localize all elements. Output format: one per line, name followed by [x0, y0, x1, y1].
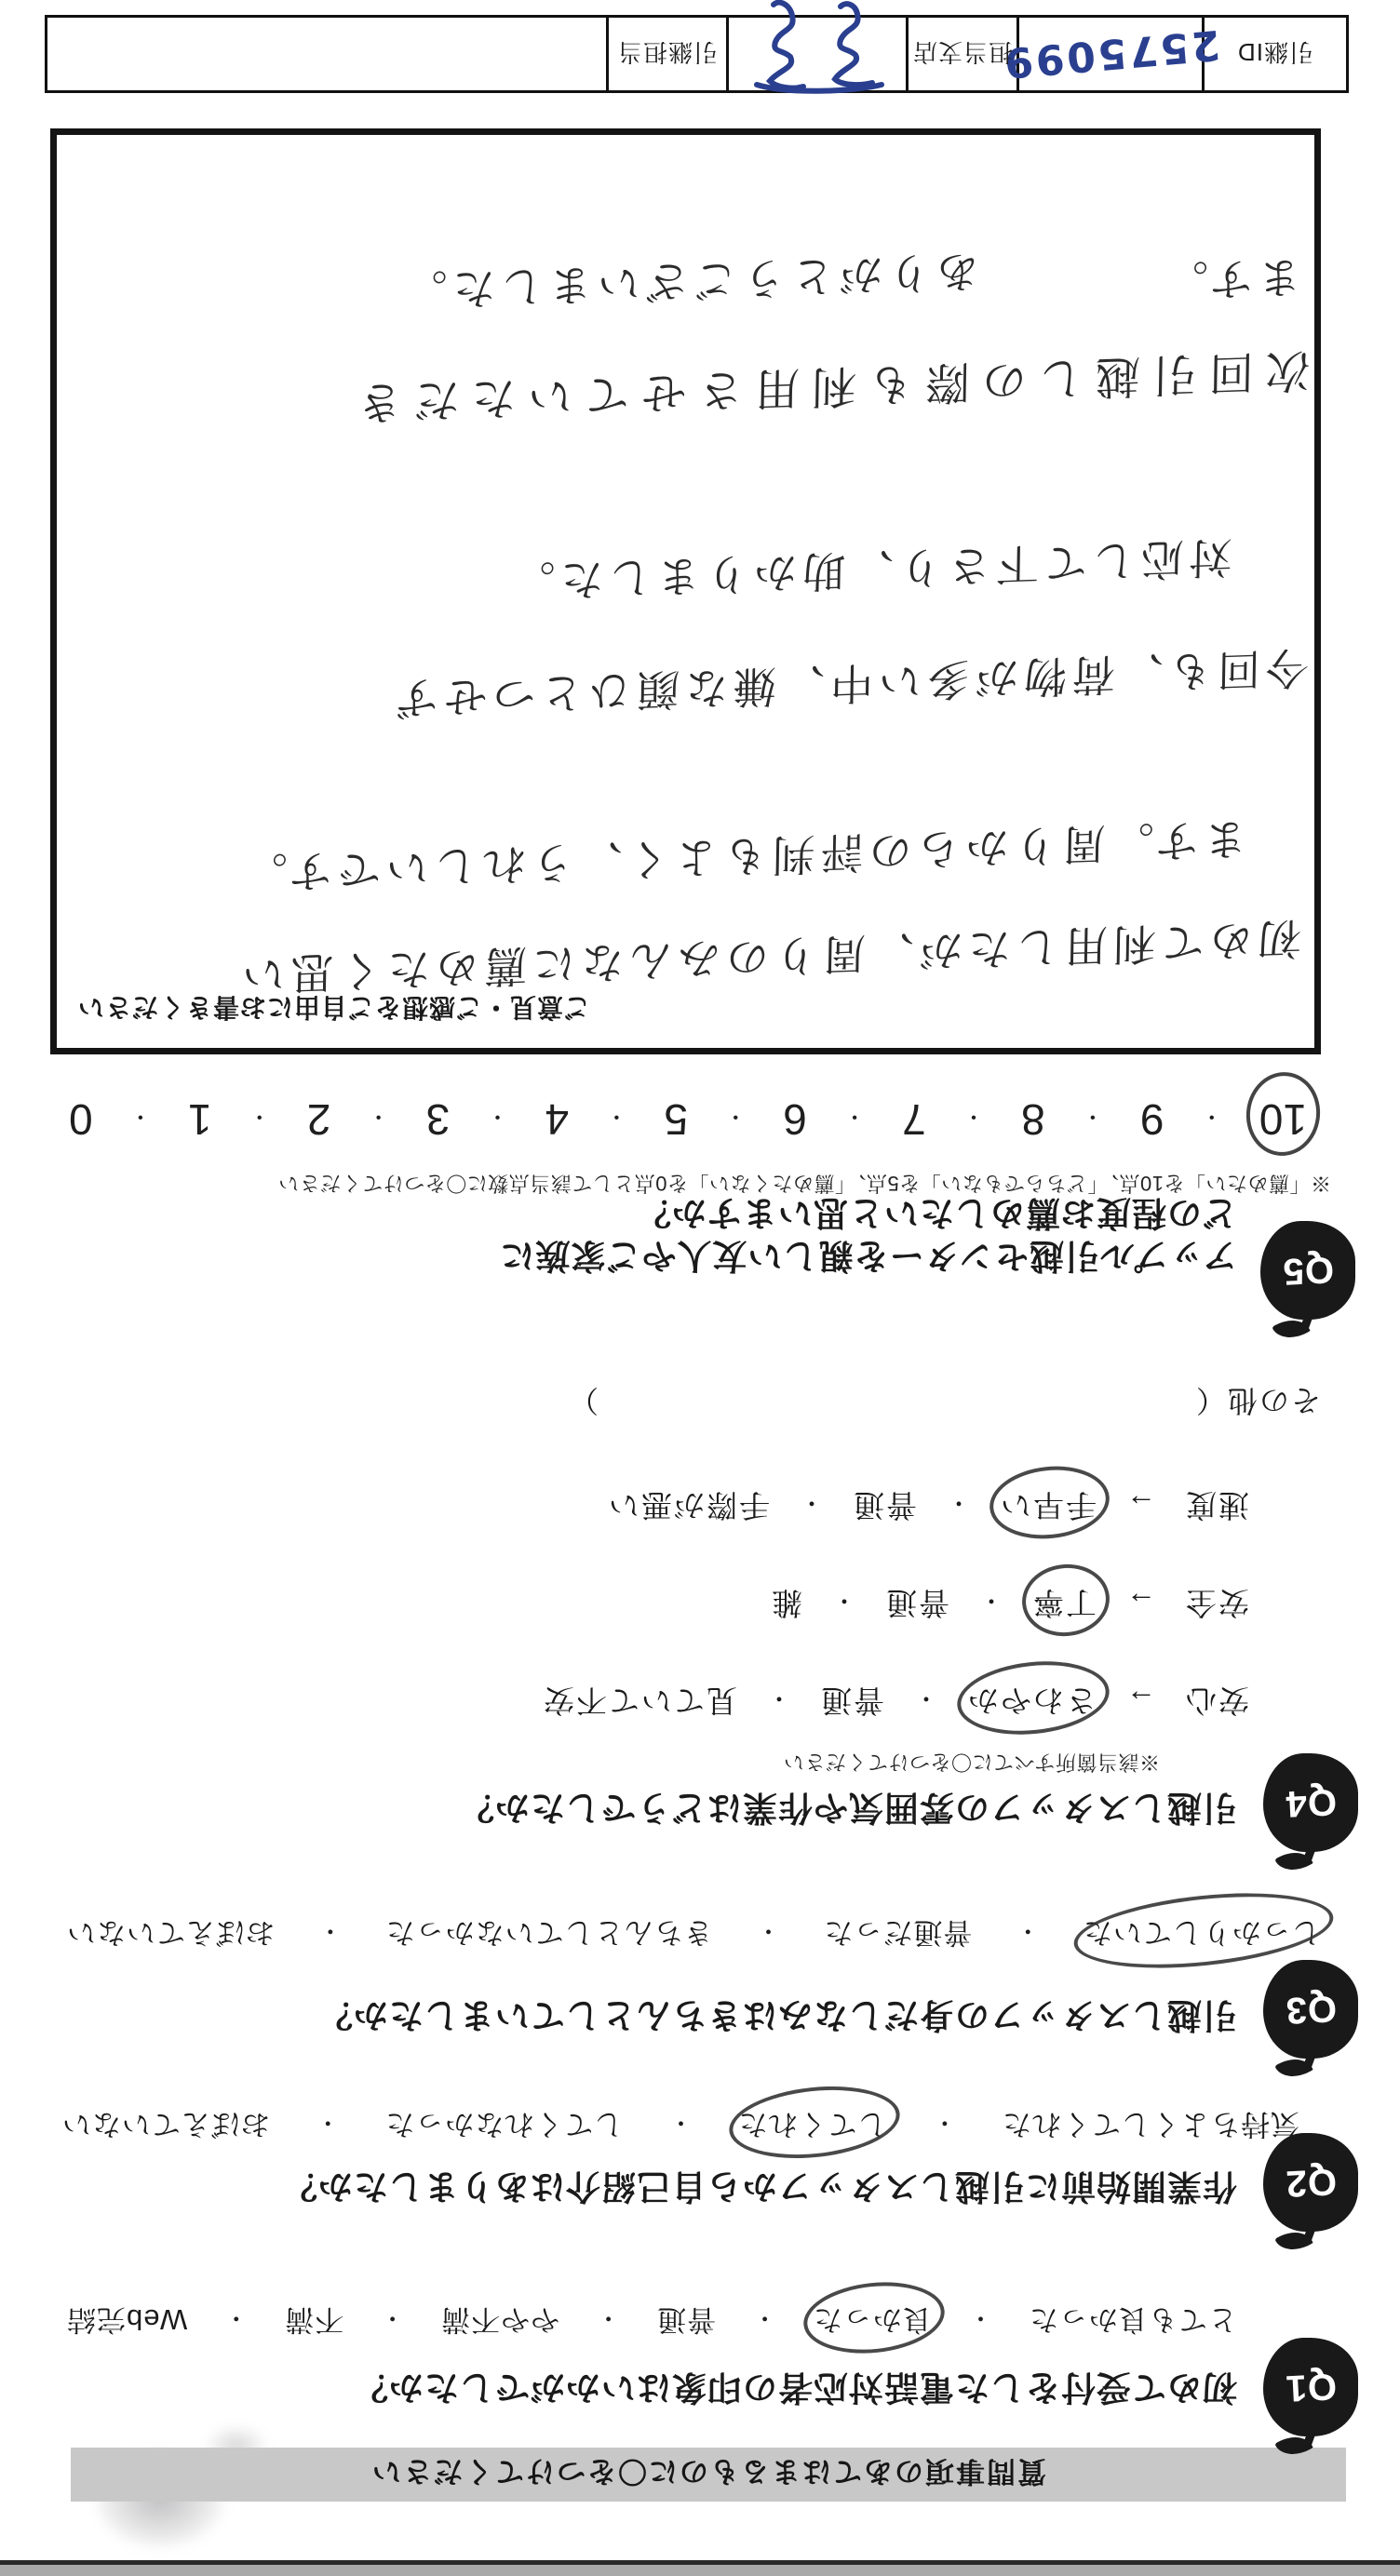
q3-question-text: 引越しスタッフの身だしなみはきちんとしていましたか？ — [317, 1993, 1237, 2044]
q3-options: しっかりしていた ・ 普通だった ・ きちんとしていなかった ・ おぼえていない — [66, 1914, 1321, 1956]
row-label: 安全 — [1184, 1583, 1249, 1627]
dot-separator: ・ — [1082, 1104, 1104, 1136]
staff-label-cell: 引継担当 — [606, 18, 726, 90]
dot-separator: ・ — [223, 2302, 249, 2337]
handwritten-line: ます。周りからの評判もよく、うれしいです。 — [238, 811, 1247, 907]
dot-separator: ・ — [129, 1104, 152, 1136]
dot-separator: ・ — [912, 1683, 938, 1717]
q3-badge-label: Q3 — [1284, 1987, 1338, 2032]
scale-value: 2 — [307, 1094, 331, 1145]
option-circled: 良かった — [813, 2301, 932, 2343]
dot-separator: ・ — [368, 1104, 390, 1136]
q4-note: ※該当箇所すべてに〇をつけてください — [783, 1749, 1160, 1778]
option: おぼえていない — [61, 2106, 270, 2148]
dot-separator: ・ — [605, 1104, 627, 1136]
q3-badge: Q3 — [1263, 1960, 1358, 2059]
q4-question-text: 引越しスタッフの雰囲気や作業はどうでしたか？ — [459, 1786, 1237, 1836]
scale-value: 6 — [783, 1094, 807, 1145]
option: 見ていて不安 — [542, 1681, 737, 1724]
row-label: 安心 — [1184, 1681, 1249, 1724]
handover-id-value: 2575099 — [1000, 20, 1222, 87]
dot-separator: ・ — [945, 1487, 971, 1522]
dot-separator: ・ — [756, 1915, 781, 1950]
dot-separator: ・ — [765, 1683, 791, 1717]
q5-badge: Q5 — [1260, 1221, 1355, 1320]
scale-value: 5 — [664, 1094, 688, 1145]
option: やや不満 — [440, 2301, 559, 2343]
dot-separator: ・ — [1015, 1915, 1040, 1950]
scale-value: 1 — [188, 1094, 212, 1145]
q1-options: とても良かった ・ 良かった ・ 普通 ・ やや不満 ・ 不満 ・ Web完結 — [66, 2301, 1237, 2343]
q4-row-sokudo: 速度 → 手早い ・ 普通 ・ 手際が悪い — [607, 1485, 1249, 1529]
handwritten-line: 初めて利用したが、周りのみんなに薦めたく思い — [236, 910, 1301, 1009]
handwritten-line: ありがとうございました。 — [398, 243, 980, 325]
option: 不満 — [284, 2301, 343, 2343]
option: 気持ちよくしてくれた — [1002, 2106, 1299, 2148]
option: 普通だった — [823, 1914, 972, 1956]
option-circled: してくれた — [738, 2106, 887, 2148]
q4-row-anzen: 安全 → 丁寧 ・ 普通 ・ 雑 — [770, 1583, 1249, 1627]
branch-label-cell: 担当支店 — [906, 18, 1016, 90]
scale-value: 0 — [69, 1094, 93, 1145]
option-circled: 丁寧 — [1031, 1583, 1097, 1627]
q2-question-text: 作業開始前に引越しスタッフから自己紹介はありましたか？ — [282, 2165, 1237, 2215]
q1-badge-label: Q1 — [1284, 2365, 1338, 2409]
handover-id-label: 引継ID — [1237, 37, 1313, 72]
scan-edge-strip — [0, 2565, 1400, 2576]
q5-question-line1: アップル引越センターを親しい友人やご家族に — [500, 1234, 1237, 1284]
q4-row-anshin: 安心 → さわやか ・ 普通 ・ 見ていて不安 — [542, 1681, 1249, 1724]
questionnaire-sheet: 質問事項のあてはまるものに〇をつけてください Q1 初めて受付をした電話対応者の… — [0, 0, 1400, 2576]
arrow-icon: → — [1124, 1585, 1156, 1619]
dot-separator: ・ — [668, 2107, 693, 2141]
dot-separator: ・ — [486, 1104, 508, 1136]
header-bar-text: 質問事項のあてはまるものに〇をつけてください — [370, 2454, 1046, 2496]
scan-edge-line — [0, 2560, 1400, 2565]
handwritten-line: ます。 — [1159, 248, 1301, 315]
option: きちんとしていなかった — [385, 1914, 713, 1956]
handwritten-line: 対応して下さり、助かりました。 — [506, 529, 1233, 615]
option: 普通 — [819, 1681, 884, 1724]
option: Web完結 — [66, 2301, 187, 2343]
option-circled: 手早い — [999, 1485, 1097, 1529]
option: してくれなかった — [384, 2106, 623, 2148]
other-label: その他 — [1226, 1384, 1321, 1417]
q5-rating-scale: 10 ・ 9 ・ 8 ・ 7 ・ 6 ・ 5 ・ 4 ・ 3 ・ 2 ・ 1 ・… — [69, 1094, 1307, 1145]
option-circled: さわやか — [966, 1681, 1097, 1724]
handover-id-value-cell: 2575099 — [1016, 18, 1202, 90]
dot-separator: ・ — [932, 2107, 957, 2141]
dot-separator: ・ — [315, 2107, 340, 2141]
staff-value-cell-empty — [47, 18, 606, 90]
q2-options: 気持ちよくしてくれた ・ してくれた ・ してくれなかった ・ おぼえていない — [61, 2106, 1299, 2148]
q2-badge-label: Q2 — [1284, 2160, 1338, 2205]
arrow-icon: → — [1124, 1487, 1156, 1522]
option: 普通 — [656, 2301, 716, 2343]
handwritten-signature — [749, 0, 889, 96]
option: とても良かった — [1029, 2301, 1237, 2343]
dot-separator: ・ — [968, 2302, 993, 2337]
dot-separator: ・ — [752, 2302, 777, 2337]
q5-note: ※「薦めたい」を10点、「どちらでもない」を5点、「薦めたくない」を0点として該… — [278, 1170, 1331, 1199]
dot-separator: ・ — [317, 1915, 343, 1950]
handover-id-label-cell: 引継ID — [1202, 18, 1346, 90]
scale-value: 8 — [1021, 1094, 1045, 1145]
scale-value: 7 — [902, 1094, 926, 1145]
dot-separator: ・ — [724, 1104, 747, 1136]
option: 普通 — [852, 1485, 917, 1529]
dot-separator: ・ — [798, 1487, 824, 1522]
branch-signature-cell — [726, 18, 906, 90]
dot-separator: ・ — [1201, 1104, 1223, 1136]
scale-value-circled: 10 — [1259, 1094, 1307, 1145]
dot-separator: ・ — [962, 1104, 985, 1136]
dot-separator: ・ — [977, 1585, 1003, 1619]
header-bar: 質問事項のあてはまるものに〇をつけてください — [71, 2448, 1346, 2502]
dot-separator: ・ — [596, 2302, 621, 2337]
option: おぼえていない — [66, 1914, 275, 1956]
handover-table: 引継ID 2575099 担当支店 引継担当 — [45, 15, 1349, 93]
scanned-questionnaire-page: 質問事項のあてはまるものに〇をつけてください Q1 初めて受付をした電話対応者の… — [0, 0, 1400, 2576]
option: 普通 — [884, 1583, 949, 1627]
handwritten-line: 今回も、荷物が多い中、嫌な顔ひとつせず — [390, 639, 1310, 733]
arrow-icon: → — [1124, 1683, 1156, 1717]
scale-value: 9 — [1140, 1094, 1164, 1145]
branch-label: 担当支店 — [912, 37, 1013, 72]
q1-badge: Q1 — [1263, 2338, 1358, 2436]
q5-question-line2: どの程度お薦めしたいと思いますか？ — [636, 1191, 1237, 1241]
q4-other-row: その他（） — [567, 1381, 1321, 1424]
dot-separator: ・ — [830, 1585, 856, 1619]
scale-value: 4 — [545, 1094, 570, 1145]
scale-value: 3 — [426, 1094, 451, 1145]
staff-label: 引継担当 — [617, 37, 718, 72]
open-paren: （ — [1194, 1384, 1226, 1417]
close-paren: ） — [567, 1384, 599, 1417]
dot-separator: ・ — [380, 2302, 405, 2337]
comment-box: ご意見・ご感想をご自由にお書きください 初めて利用したが、周りのみんなに薦めたく… — [50, 128, 1321, 1054]
q5-badge-label: Q5 — [1281, 1248, 1335, 1293]
dot-separator: ・ — [843, 1104, 866, 1136]
option-circled: しっかりしていた — [1083, 1914, 1321, 1956]
dot-separator: ・ — [249, 1104, 271, 1136]
q4-badge: Q4 — [1263, 1753, 1358, 1852]
option: 手際が悪い — [607, 1485, 770, 1529]
q4-badge-label: Q4 — [1284, 1780, 1338, 1825]
q1-question-text: 初めて受付をした電話対応者の印象はいかがでしたか？ — [353, 2366, 1237, 2416]
row-label: 速度 — [1184, 1485, 1249, 1529]
handwritten-line: 次回引越しの際も利用させていただき — [345, 342, 1312, 439]
option: 雑 — [770, 1583, 802, 1627]
